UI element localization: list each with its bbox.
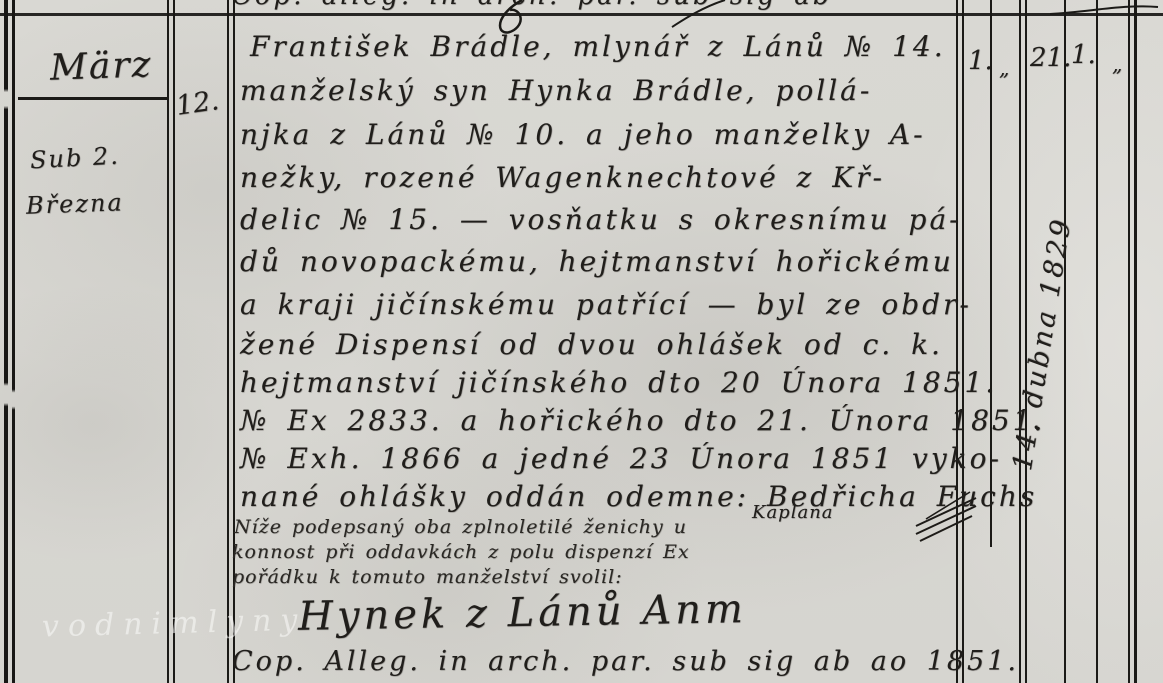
right-border-rule-b xyxy=(1134,0,1137,683)
manuscript-superscript: Kaplana xyxy=(752,502,834,523)
manuscript-small-line-1: Níže podepsaný oba zplnoletilé ženichy u xyxy=(234,516,687,538)
tally-rule-3 xyxy=(1064,0,1066,683)
document-scan: Cop. alleg. in arch. par. sub sig ab Mär… xyxy=(0,0,1163,683)
tally-rule-2a xyxy=(1019,0,1021,683)
manuscript-line-4: nežky, rozené Wagenknechtové z Kř- xyxy=(240,161,885,194)
manuscript-line-7: a kraji jičínskému patřící — byl ze obdr… xyxy=(240,288,972,321)
margin-note-line1: Sub 2. xyxy=(29,142,120,175)
manuscript-line-5: delic № 15. — vosňatku s okresnímu pá- xyxy=(240,203,962,236)
pen-hatch-flourish xyxy=(912,486,984,544)
manuscript-line-10: № Ex 2833. a hořického dto 21. Února 185… xyxy=(240,404,1045,437)
manuscript-small-line-2: konnost při oddavkách z polu dispenzí Ex xyxy=(232,541,690,563)
rotated-birthdate-annotation: 14. dubna 1829 xyxy=(1007,215,1078,473)
manuscript-line-1: František Brádle, mlynář z Lánů № 14. xyxy=(250,30,946,63)
text-column-rule-b xyxy=(962,0,964,683)
manuscript-line-6: dů novopackému, hejtmanství hořickému xyxy=(240,245,954,278)
tally-value-1: 1. xyxy=(968,46,993,76)
watermark-text: vodnimlyny xyxy=(42,603,307,645)
manuscript-line-11: № Exh. 1866 a jedné 23 Února 1851 vyko- xyxy=(240,442,1002,475)
consent-signature: Hynek z Lánů Anm xyxy=(298,586,748,640)
left-border-rule-inner xyxy=(12,0,15,683)
tally-value-2: 21. xyxy=(1030,43,1071,73)
manuscript-line-9: hejtmanství jičínského dto 20 Února 1851… xyxy=(240,366,997,399)
margin-month: März xyxy=(49,44,153,89)
manuscript-line-8: žené Dispensí od dvou ohlášek od c. k. xyxy=(240,328,943,361)
day-column-rule-a xyxy=(227,0,229,683)
rule-end-flourish xyxy=(1050,0,1163,18)
manuscript-line-3: njka z Lánů № 10. a jeho manželky A- xyxy=(240,118,926,151)
archive-note-partial-line: Cop. Alleg. in arch. par. sub sig ab ao … xyxy=(232,646,1019,677)
month-underline-rule xyxy=(18,97,168,100)
tally-ditto-2: „ xyxy=(1112,52,1122,76)
tally-value-3: 1. xyxy=(1071,40,1096,70)
right-border-rule-a xyxy=(1128,0,1130,683)
margin-note-line2: Března xyxy=(26,188,125,219)
text-column-rule-a xyxy=(956,0,958,683)
tally-ditto-1: „ xyxy=(999,56,1009,80)
left-border-rule-outer xyxy=(4,0,8,683)
row-separator-rule xyxy=(0,13,1163,16)
tally-rule-4 xyxy=(1096,0,1098,683)
margin-day: 12. xyxy=(174,85,221,122)
manuscript-line-2: manželský syn Hynka Brádle, pollá- xyxy=(240,74,872,107)
date-column-rule-a xyxy=(167,0,169,683)
descender-flourish-2 xyxy=(670,0,730,30)
manuscript-small-line-3: pořádku k tomuto manželství svolil: xyxy=(232,566,623,588)
